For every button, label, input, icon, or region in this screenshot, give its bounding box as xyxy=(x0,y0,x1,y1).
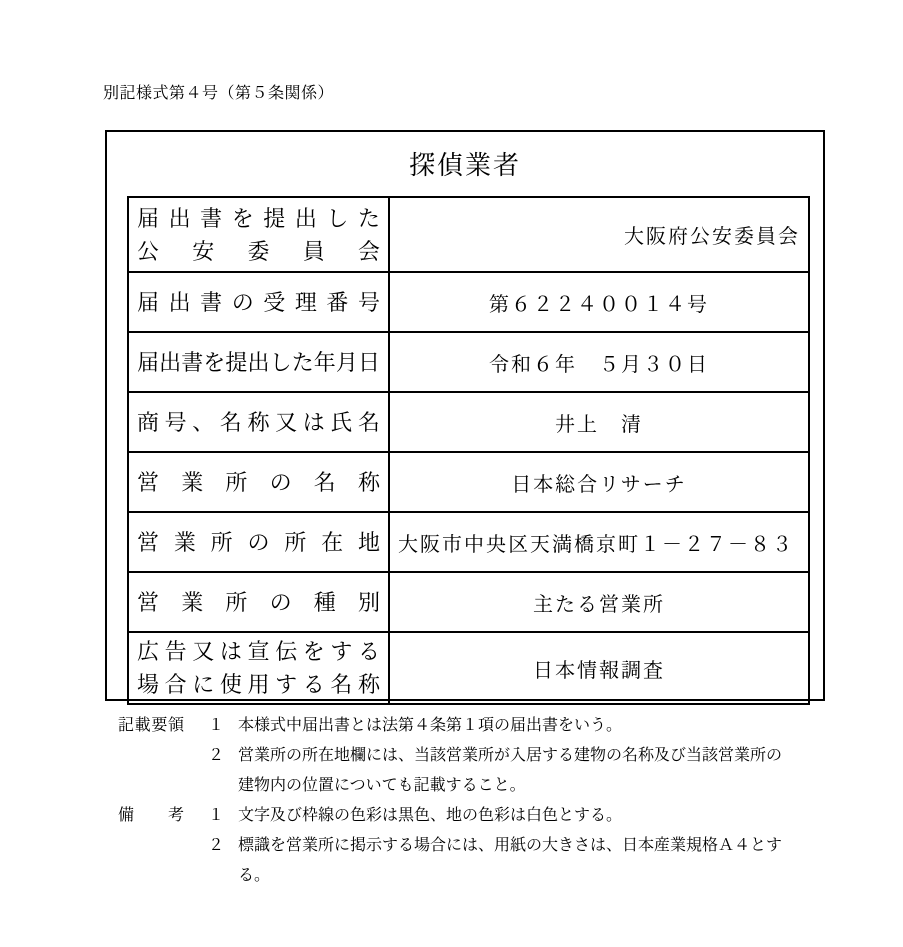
signboard-table: 届出書を提出した 公安委員会 大阪府公安委員会 届出書の受理番号 第６２２４００… xyxy=(127,196,810,705)
note-number: １ xyxy=(208,711,226,741)
table-row: 広告又は宣伝をする 場合に使用する名称 日本情報調査 xyxy=(128,632,809,704)
row-label-public-safety-commission: 届出書を提出した 公安委員会 xyxy=(128,197,389,272)
table-row: 営業所の所在地 大阪市中央区天満橋京町１－２７－８３ xyxy=(128,512,809,572)
footnotes: 記載要領 １ 本様式中届出書とは法第４条第１項の届出書をいう。 ２ 営業所の所在… xyxy=(118,711,834,891)
note-text: 文字及び枠線の色彩は黒色、地の色彩は白色とする。 xyxy=(238,801,794,831)
note-number: １ xyxy=(208,801,226,831)
row-value-office-name: 日本総合リサーチ xyxy=(389,452,809,512)
signboard-frame: 探偵業者 届出書を提出した 公安委員会 大阪府公安委員会 届出書の受理番号 第６… xyxy=(105,130,825,701)
note-number: ２ xyxy=(208,741,226,771)
note-text: 営業所の所在地欄には、当該営業所が入居する建物の名称及び当該営業所の建物内の位置… xyxy=(238,741,794,801)
note-line: 備考 １ 文字及び枠線の色彩は黒色、地の色彩は白色とする。 xyxy=(118,801,834,831)
row-label-receipt-number: 届出書の受理番号 xyxy=(128,272,389,332)
note-line: ２ 標識を営業所に掲示する場合には、用紙の大きさは、日本産業規格Ａ４とする。 xyxy=(118,831,834,891)
row-label-office-name: 営業所の名称 xyxy=(128,452,389,512)
note-block-remarks: 備考 １ 文字及び枠線の色彩は黒色、地の色彩は白色とする。 ２ 標識を営業所に掲… xyxy=(118,801,834,891)
note-block-entry-guidelines: 記載要領 １ 本様式中届出書とは法第４条第１項の届出書をいう。 ２ 営業所の所在… xyxy=(118,711,834,801)
table-row: 営業所の種別 主たる営業所 xyxy=(128,572,809,632)
row-value-office-address: 大阪市中央区天満橋京町１－２７－８３ xyxy=(389,512,809,572)
note-number: ２ xyxy=(208,831,226,861)
row-label-office-type: 営業所の種別 xyxy=(128,572,389,632)
row-label-submission-date: 届出書を提出した年月日 xyxy=(128,332,389,392)
note-heading: 備考 xyxy=(118,801,184,831)
row-value-receipt-number: 第６２２４００１４号 xyxy=(389,272,809,332)
table-row: 届出書を提出した年月日 令和６年 ５月３０日 xyxy=(128,332,809,392)
document-page: { "page": { "form_number_label": "別記様式第４… xyxy=(0,0,903,947)
table-row: 商号、名称又は氏名 井上 清 xyxy=(128,392,809,452)
note-text: 本様式中届出書とは法第４条第１項の届出書をいう。 xyxy=(238,711,794,741)
note-text: 標識を営業所に掲示する場合には、用紙の大きさは、日本産業規格Ａ４とする。 xyxy=(238,831,794,891)
note-line: ２ 営業所の所在地欄には、当該営業所が入居する建物の名称及び当該営業所の建物内の… xyxy=(118,741,834,801)
table-row: 届出書を提出した 公安委員会 大阪府公安委員会 xyxy=(128,197,809,272)
row-value-submission-date: 令和６年 ５月３０日 xyxy=(389,332,809,392)
table-row: 営業所の名称 日本総合リサーチ xyxy=(128,452,809,512)
note-heading: 記載要領 xyxy=(118,711,184,741)
signboard-title: 探偵業者 xyxy=(107,145,823,182)
note-line: 記載要領 １ 本様式中届出書とは法第４条第１項の届出書をいう。 xyxy=(118,711,834,741)
row-label-office-address: 営業所の所在地 xyxy=(128,512,389,572)
row-label-advertising-name: 広告又は宣伝をする 場合に使用する名称 xyxy=(128,632,389,704)
table-row: 届出書の受理番号 第６２２４００１４号 xyxy=(128,272,809,332)
row-value-advertising-name: 日本情報調査 xyxy=(389,632,809,704)
row-value-trade-name: 井上 清 xyxy=(389,392,809,452)
row-label-trade-name: 商号、名称又は氏名 xyxy=(128,392,389,452)
row-value-public-safety-commission: 大阪府公安委員会 xyxy=(389,197,809,272)
form-number-label: 別記様式第４号（第５条関係） xyxy=(103,80,334,103)
row-value-office-type: 主たる営業所 xyxy=(389,572,809,632)
